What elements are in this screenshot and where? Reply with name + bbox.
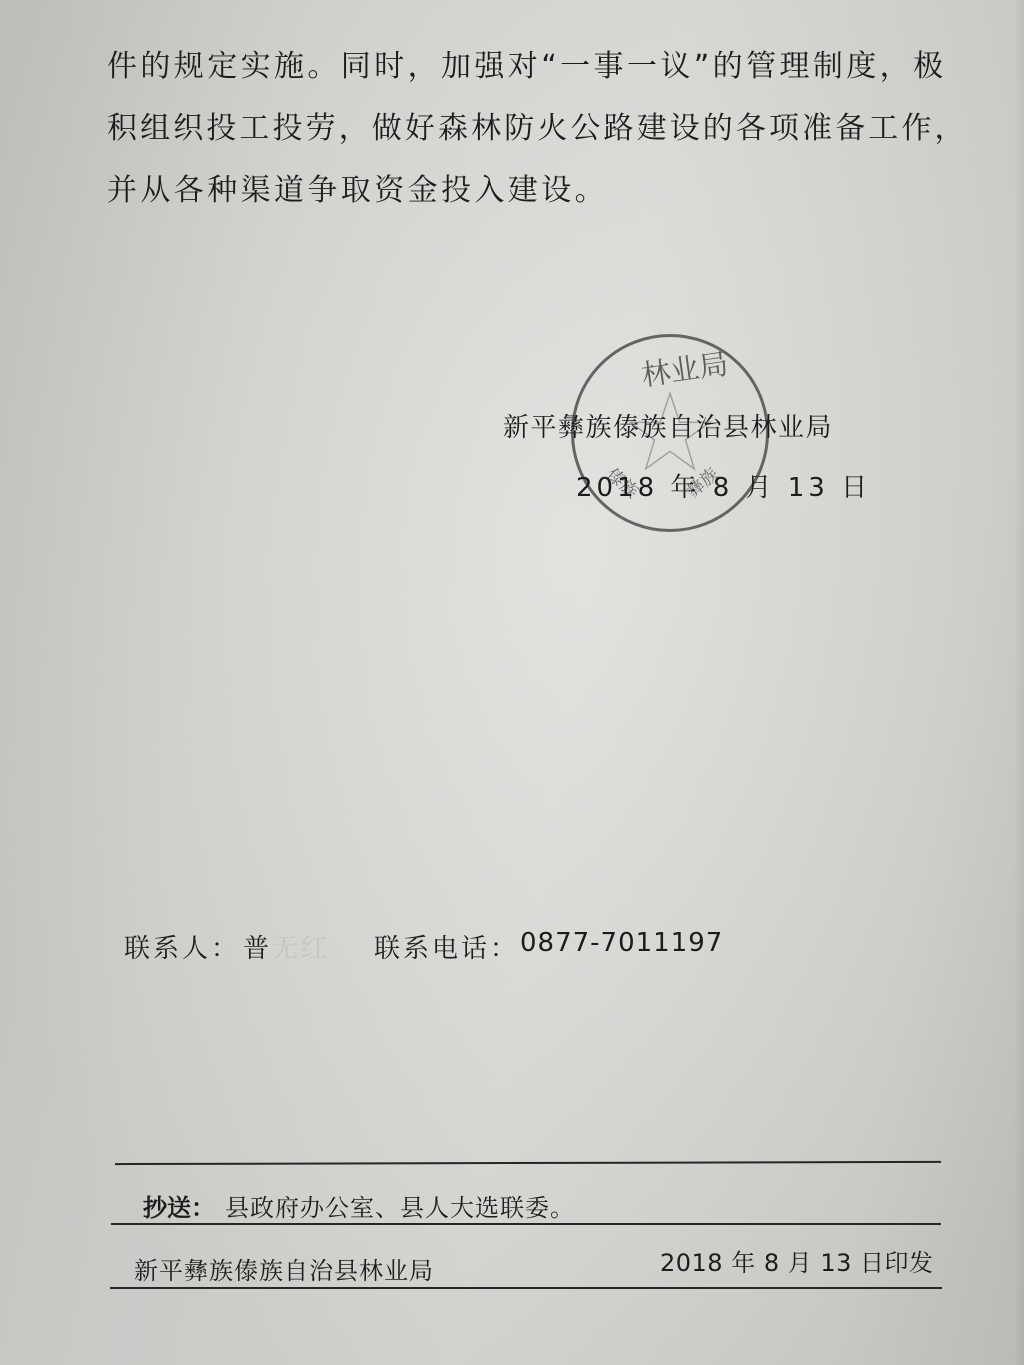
signature-organization: 新平彝族傣族自治县林业局	[503, 407, 833, 444]
contact-phone-value: 0877-7011197	[520, 928, 723, 958]
cc-recipients: 县政府办公室、县人大选联委。	[225, 1188, 575, 1223]
body-text-line: 件的规定实施。同时，加强对“一事一议”的管理制度，极	[107, 47, 946, 87]
issuing-organization: 新平彝族傣族自治县林业局	[134, 1251, 434, 1286]
svg-text:林业局: 林业局	[639, 347, 730, 393]
body-text-line: 积组织投工投劳，做好森林防火公路建设的各项准备工作，	[107, 109, 968, 149]
divider	[111, 1223, 941, 1225]
contact-person-name-redacted: 无红	[272, 928, 330, 965]
contact-person-label: 联系人：	[124, 928, 240, 965]
issue-date: 2018 年 8 月 13 日印发	[660, 1243, 934, 1278]
cc-label: 抄送：	[143, 1188, 215, 1223]
divider	[115, 1161, 941, 1165]
contact-phone-label: 联系电话：	[374, 928, 519, 965]
divider	[110, 1287, 942, 1289]
signature-date: 2018 年 8 月 13 日	[576, 467, 871, 504]
contact-person-name: 普	[243, 928, 272, 965]
paper-edge	[1014, 0, 1024, 1365]
body-text-line: 并从各种渠道争取资金投入建设。	[107, 171, 608, 211]
